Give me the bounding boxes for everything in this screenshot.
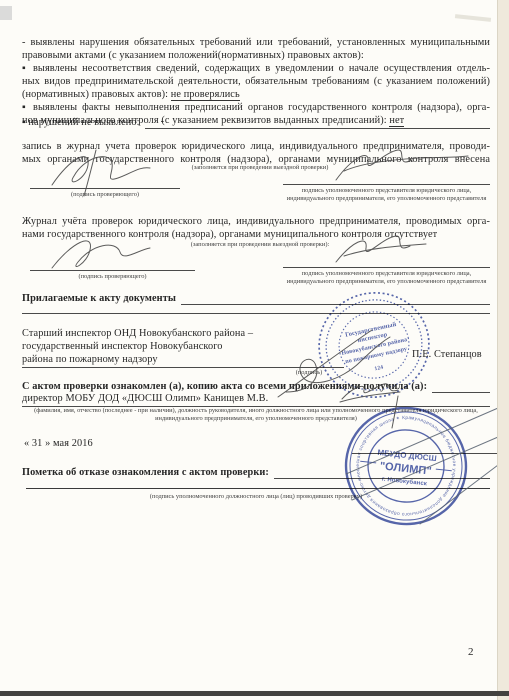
journal-entry-line: запись в журнал учета проверок юридическ… [22,140,490,153]
representative-sign-caption: подпись уполномоченного представителя юр… [283,187,490,202]
page-number: 2 [468,646,474,659]
stamp-number: 124 [374,365,384,373]
field-visit-caption: (заполняется при проведении выездной про… [120,241,400,249]
inspector-title-line: Старший инспектор ОНД Новокубанского рай… [22,327,253,340]
signature-line [30,270,195,271]
stamp-text: "ОЛИМП" [379,460,432,477]
finding-line: ных видов предпринимательской деятельнос… [22,75,490,88]
journal-absent-line: нами государственного контроля (надзора)… [22,228,437,241]
stamp-school: муниципальное бюджетное учреждение допол… [342,404,470,528]
scan-artifact-top-left [0,6,12,20]
date-line: « 31 » мая 2016 [24,437,93,450]
refusal-label: Пометка об отказе ознакомления с актом п… [22,466,269,479]
stamp-inspector: Государственный инспектор Новокубанского… [316,290,432,402]
scan-artifact-top-right [455,14,491,22]
finding-line: ▪ выявлены несоответствия сведений, соде… [22,62,490,75]
stamp-text: г. Новокубанск [382,476,428,488]
finding-value-underlined: не проверялись [171,89,240,101]
inspector-sign-caption: (подпись проверяющего) [30,273,195,281]
finding-line-no-violations: ▪ нарушений не выявлено: - [22,116,490,129]
representative-sign-caption: подпись уполномоченного представителя юр… [283,270,490,285]
scan-paper-edge [497,0,509,700]
journal-absent-line: Журнал учёта проверок юридического лица,… [22,215,490,228]
scan-bottom-edge [0,691,509,696]
finding-text: (нормативных) правовых актов): [22,89,171,100]
signature-line [283,184,490,185]
signature-line [30,188,180,189]
finding-line: ▪ выявлены факты невыполнения предписани… [22,101,490,114]
attachments-label: Прилагаемые к акту документы [22,292,176,305]
inspector-title-line: государственный инспектор Новокубанского [22,340,223,353]
fill-in-line: - [145,115,490,129]
inspector-title-line-underlined: района по пожарному надзору [22,353,344,368]
finding-line: (нормативных) правовых актов): не провер… [22,88,240,101]
signature-line [283,267,490,268]
finding-text: ▪ нарушений не выявлено: [22,116,140,129]
finding-line: правовыми актами (с указанием положений(… [22,49,364,62]
field-visit-caption: (заполняется при проведении выездной про… [120,164,400,172]
finding-line: - выявлены нарушения обязательных требов… [22,36,490,49]
inspector-sign-caption: (подпись проверяющего) [30,191,180,199]
scanned-act-page: - выявлены нарушения обязательных требов… [0,0,509,700]
